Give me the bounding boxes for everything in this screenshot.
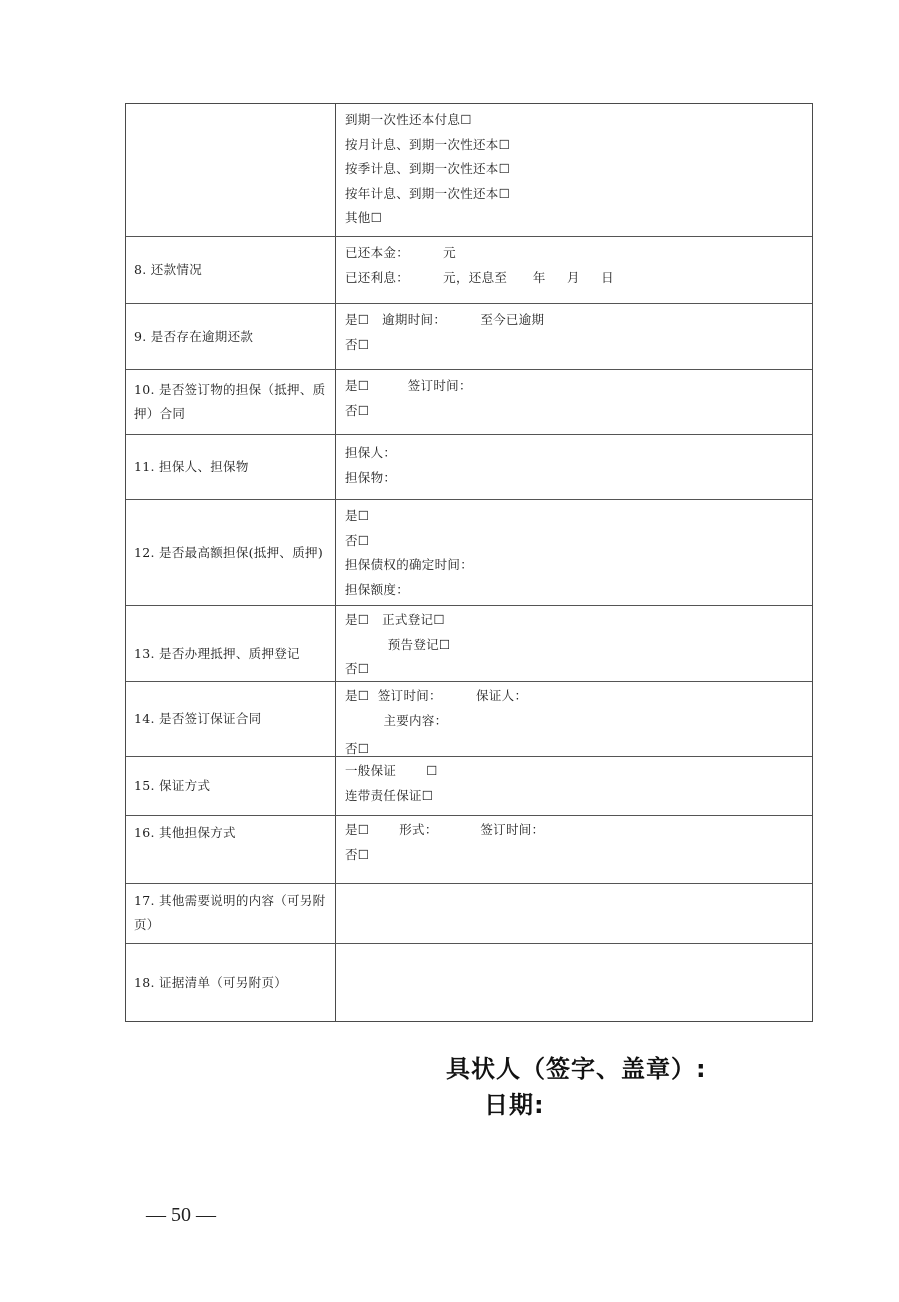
row-value: 是☐ 签订时间： 保证人： 主要内容： 否☐ (336, 682, 812, 756)
collateral-no-option[interactable]: 否☐ (345, 399, 804, 424)
interest-repaid-field[interactable]: 已还利息： 元，还息至 年 月 日 (345, 266, 804, 291)
date-label: 日期: (484, 1088, 545, 1122)
principal-repaid-field[interactable]: 已还本金： 元 (345, 241, 804, 266)
row-label: 14. 是否签订保证合同 (126, 682, 336, 756)
table-row-guarantor: 11. 担保人、担保物 担保人： 担保物： (126, 434, 812, 499)
table-row-other-notes: 17. 其他需要说明的内容（可另附页） (126, 883, 812, 943)
registration-advance-option[interactable]: 预告登记☐ (345, 633, 804, 658)
general-guarantee-option[interactable]: 一般保证 ☐ (345, 759, 804, 784)
other-guarantee-yes-option[interactable]: 是☐ 形式： 签订时间： (345, 818, 804, 843)
document-page: 到期一次性还本付息☐ 按月计息、到期一次性还本☐ 按季计息、到期一次性还本☐ 按… (0, 0, 899, 1302)
row-label: 12. 是否最高额担保(抵押、质押) (126, 500, 336, 605)
table-row-repayment-method: 到期一次性还本付息☐ 按月计息、到期一次性还本☐ 按季计息、到期一次性还本☐ 按… (126, 104, 812, 236)
row-label: 10. 是否签订物的担保（抵押、质押）合同 (126, 370, 336, 434)
table-row-repayment-status: 8. 还款情况 已还本金： 元 已还利息： 元，还息至 年 月 日 (126, 236, 812, 303)
other-guarantee-no-option[interactable]: 否☐ (345, 843, 804, 868)
guarantee-amount-field[interactable]: 担保额度： (345, 578, 804, 603)
table-row-collateral-contract: 10. 是否签订物的担保（抵押、质押）合同 是☐ 签订时间： 否☐ (126, 369, 812, 434)
table-row-max-amount-guarantee: 12. 是否最高额担保(抵押、质押) 是☐ 否☐ 担保债权的确定时间： 担保额度… (126, 499, 812, 605)
table-row-guarantee-type: 15. 保证方式 一般保证 ☐ 连带责任保证☐ (126, 756, 812, 815)
option-due-lump-sum[interactable]: 到期一次性还本付息☐ (345, 108, 804, 133)
guarantee-main-content-field[interactable]: 主要内容： (345, 709, 804, 734)
option-quarterly-interest[interactable]: 按季计息、到期一次性还本☐ (345, 157, 804, 182)
signature-label: 具状人（签字、盖章）: (446, 1052, 707, 1086)
guarantee-contract-yes-option[interactable]: 是☐ 签订时间： 保证人： (345, 684, 804, 709)
collateral-item-field[interactable]: 担保物： (345, 466, 804, 491)
collateral-yes-option[interactable]: 是☐ 签订时间： (345, 374, 804, 399)
table-row-evidence-list: 18. 证据清单（可另附页） (126, 943, 812, 1021)
row-value: 已还本金： 元 已还利息： 元，还息至 年 月 日 (336, 237, 812, 303)
row-value: 是☐ 形式： 签订时间： 否☐ (336, 816, 812, 883)
max-guarantee-yes-option[interactable]: 是☐ (345, 504, 804, 529)
registration-yes-formal-option[interactable]: 是☐ 正式登记☐ (345, 608, 804, 633)
row-value: 是☐ 否☐ 担保债权的确定时间： 担保额度： (336, 500, 812, 605)
row-value: 到期一次性还本付息☐ 按月计息、到期一次性还本☐ 按季计息、到期一次性还本☐ 按… (336, 104, 812, 236)
table-row-overdue: 9. 是否存在逾期还款 是☐ 逾期时间： 至今已逾期 否☐ (126, 303, 812, 369)
row-label: 9. 是否存在逾期还款 (126, 304, 336, 369)
page-number: — 50 — (146, 1204, 216, 1227)
claim-determination-time-field[interactable]: 担保债权的确定时间： (345, 553, 804, 578)
guarantor-field[interactable]: 担保人： (345, 441, 804, 466)
option-monthly-interest[interactable]: 按月计息、到期一次性还本☐ (345, 133, 804, 158)
row-label: 15. 保证方式 (126, 757, 336, 815)
overdue-yes-option[interactable]: 是☐ 逾期时间： 至今已逾期 (345, 308, 804, 333)
other-notes-field[interactable] (336, 884, 812, 943)
complaint-form-table: 到期一次性还本付息☐ 按月计息、到期一次性还本☐ 按季计息、到期一次性还本☐ 按… (125, 103, 813, 1022)
table-row-other-guarantee: 16. 其他担保方式 是☐ 形式： 签订时间： 否☐ (126, 815, 812, 883)
row-label: 17. 其他需要说明的内容（可另附页） (126, 884, 336, 943)
overdue-no-option[interactable]: 否☐ (345, 333, 804, 358)
evidence-list-field[interactable] (336, 944, 812, 1021)
row-value: 是☐ 逾期时间： 至今已逾期 否☐ (336, 304, 812, 369)
row-value: 是☐ 签订时间： 否☐ (336, 370, 812, 434)
table-row-registration: 13. 是否办理抵押、质押登记 是☐ 正式登记☐ 预告登记☐ 否☐ (126, 605, 812, 681)
joint-liability-guarantee-option[interactable]: 连带责任保证☐ (345, 784, 804, 809)
registration-no-option[interactable]: 否☐ (345, 657, 804, 682)
option-other[interactable]: 其他☐ (345, 206, 804, 231)
option-yearly-interest[interactable]: 按年计息、到期一次性还本☐ (345, 182, 804, 207)
row-label: 11. 担保人、担保物 (126, 435, 336, 499)
row-value: 一般保证 ☐ 连带责任保证☐ (336, 757, 812, 815)
row-label (126, 104, 336, 236)
row-label: 18. 证据清单（可另附页） (126, 944, 336, 1021)
max-guarantee-no-option[interactable]: 否☐ (345, 529, 804, 554)
row-label: 8. 还款情况 (126, 237, 336, 303)
table-row-guarantee-contract: 14. 是否签订保证合同 是☐ 签订时间： 保证人： 主要内容： 否☐ (126, 681, 812, 756)
row-value: 是☐ 正式登记☐ 预告登记☐ 否☐ (336, 606, 812, 681)
row-label: 16. 其他担保方式 (126, 816, 336, 883)
row-label: 13. 是否办理抵押、质押登记 (126, 606, 336, 681)
row-value: 担保人： 担保物： (336, 435, 812, 499)
